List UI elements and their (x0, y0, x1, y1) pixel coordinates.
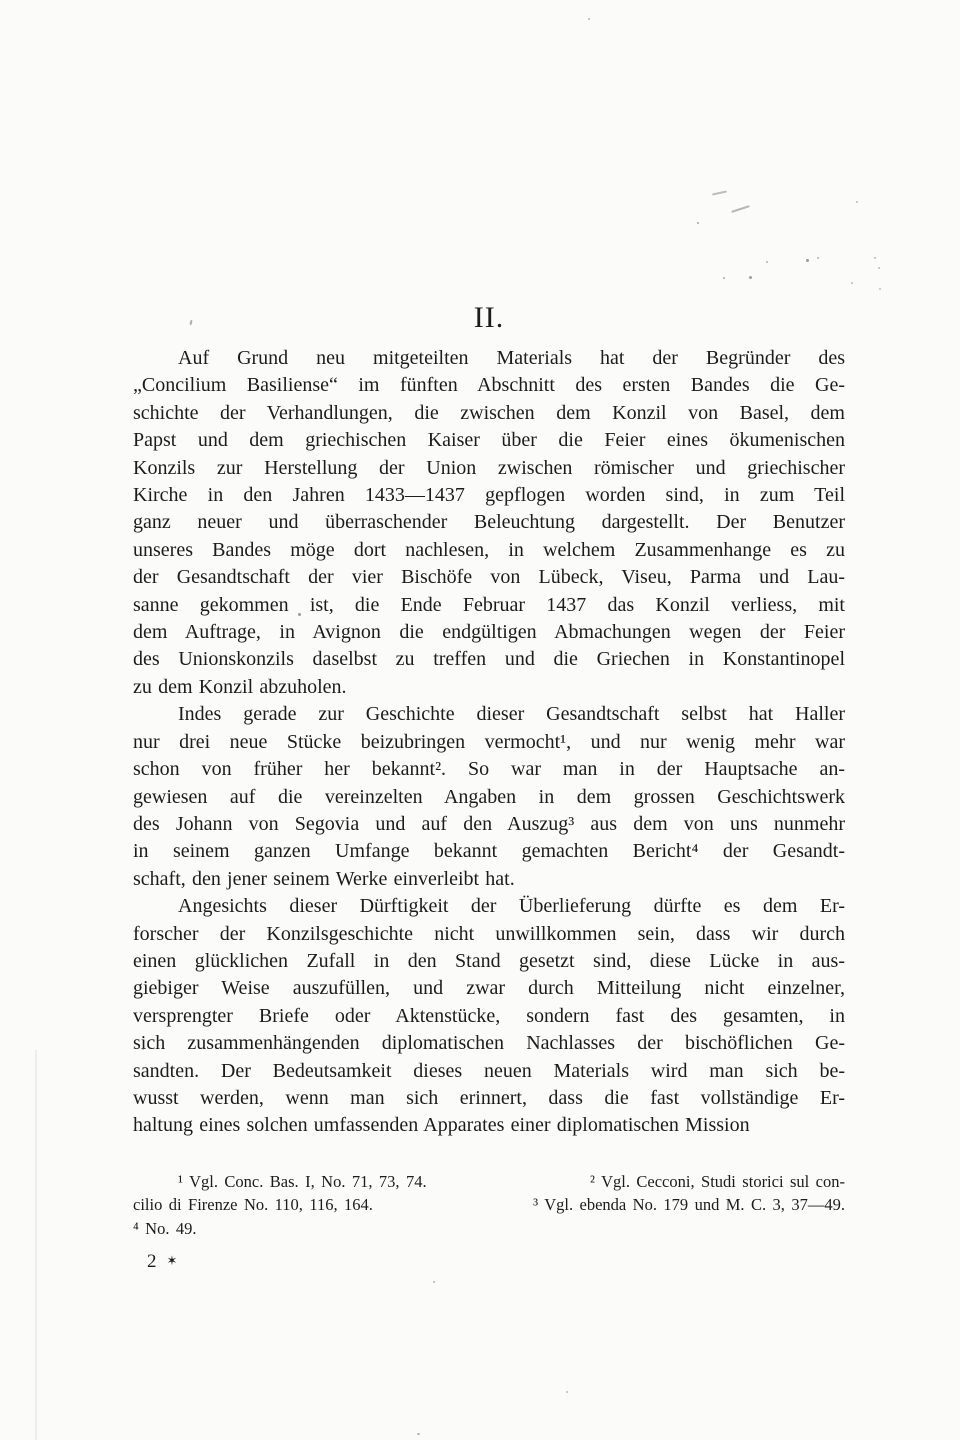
text-line: schaft, den jener seinem Werke einverlei… (133, 866, 845, 893)
text-line: sich zusammenhängenden diplomatischen Na… (133, 1030, 845, 1057)
text-line: versprengter Briefe oder Aktenstücke, so… (133, 1003, 845, 1030)
text-line: Indes gerade zur Geschichte dieser Gesan… (133, 701, 845, 728)
footnote-line: ⁴ No. 49. (133, 1217, 845, 1241)
scan-speck (874, 257, 876, 259)
text-line: des Johann von Segovia und auf den Auszu… (133, 811, 845, 838)
footnote-segment: ¹ Vgl. Conc. Bas. I, No. 71, 73, 74. (178, 1170, 427, 1194)
text-block: II. Auf Grund neu mitgeteilten Materials… (133, 301, 845, 1273)
scan-speck (856, 201, 858, 203)
text-line: einen glücklichen Zufall in den Stand ge… (133, 948, 845, 975)
scan-speck (697, 222, 699, 224)
scanned-book-page: II. Auf Grund neu mitgeteilten Materials… (0, 0, 960, 1440)
scan-speck (566, 1391, 568, 1393)
footnote-segment: ³ Vgl. ebenda No. 179 und M. C. 3, 37—49… (533, 1193, 845, 1217)
signature-star-icon: ✶ (167, 1253, 178, 1268)
text-line: dem Auftrage, in Avignon die endgültigen… (133, 619, 845, 646)
footnote-segment: ² Vgl. Cecconi, Studi storici sul con- (590, 1170, 845, 1194)
text-line: schichte der Verhandlungen, die zwischen… (133, 400, 845, 427)
footnote-line: cilio di Firenze No. 110, 116, 164. ³ Vg… (133, 1193, 845, 1217)
text-line: ganz neuer und überraschender Beleuchtun… (133, 509, 845, 536)
text-line: zu dem Konzil abzuholen. (133, 674, 845, 701)
ink-smudge (712, 190, 727, 195)
scan-speck (421, 404, 423, 406)
text-line: gewiesen auf die vereinzelten Angaben in… (133, 784, 845, 811)
text-line: schon von früher her bekannt². So war ma… (133, 756, 845, 783)
section-heading: II. (133, 301, 845, 335)
scan-speck (879, 288, 881, 290)
signature-mark: 2✶ (133, 1250, 845, 1273)
scan-speck (142, 1048, 144, 1050)
text-line: Konzils zur Herstellung der Union zwisch… (133, 455, 845, 482)
scan-speck (417, 1433, 420, 1435)
text-line: giebiger Weise auszufüllen, und zwar dur… (133, 975, 845, 1002)
footnote-segment: ⁴ No. 49. (133, 1217, 197, 1241)
scan-speck (878, 267, 880, 269)
text-line: forscher der Konzilsgeschichte nicht unw… (133, 921, 845, 948)
text-line: „Concilium Basiliense“ im fünften Abschn… (133, 372, 845, 399)
scan-speck (817, 257, 819, 259)
footnote-segment: cilio di Firenze No. 110, 116, 164. (133, 1193, 373, 1217)
scan-speck (749, 276, 752, 279)
text-line: sandten. Der Bedeutsamkeit dieses neuen … (133, 1058, 845, 1085)
signature-number: 2 (147, 1251, 157, 1272)
scan-speck (806, 259, 809, 262)
body-text: Auf Grund neu mitgeteilten Materials hat… (133, 345, 845, 1140)
scan-speck (433, 1281, 435, 1283)
ink-smudge (731, 205, 750, 213)
text-line: wusst werden, wenn man sich erinnert, da… (133, 1085, 845, 1112)
scan-speck (723, 277, 725, 279)
scan-edge-shadow (35, 1050, 37, 1440)
text-line: der Gesandtschaft der vier Bischöfe von … (133, 564, 845, 591)
text-line: sanne gekommen ist, die Ende Februar 143… (133, 592, 845, 619)
text-line: Papst und dem griechischen Kaiser über d… (133, 427, 845, 454)
text-line: nur drei neue Stücke beizubringen vermoc… (133, 729, 845, 756)
text-line: Auf Grund neu mitgeteilten Materials hat… (133, 345, 845, 372)
text-line: in seinem ganzen Umfange bekannt gemacht… (133, 838, 845, 865)
scan-speck (588, 18, 590, 20)
footnote-line: ¹ Vgl. Conc. Bas. I, No. 71, 73, 74. ² V… (133, 1170, 845, 1194)
text-line: des Unionskonzils daselbst zu treffen un… (133, 646, 845, 673)
footnotes: ¹ Vgl. Conc. Bas. I, No. 71, 73, 74. ² V… (133, 1170, 845, 1241)
scan-speck (298, 613, 301, 616)
text-line: Kirche in den Jahren 1433—1437 gepflogen… (133, 482, 845, 509)
text-line: unseres Bandes möge dort nachlesen, in w… (133, 537, 845, 564)
text-line: haltung eines solchen umfassenden Appara… (133, 1112, 845, 1139)
scan-speck (851, 282, 853, 284)
text-line: Angesichts dieser Dürftigkeit der Überli… (133, 893, 845, 920)
scan-speck (766, 261, 768, 263)
